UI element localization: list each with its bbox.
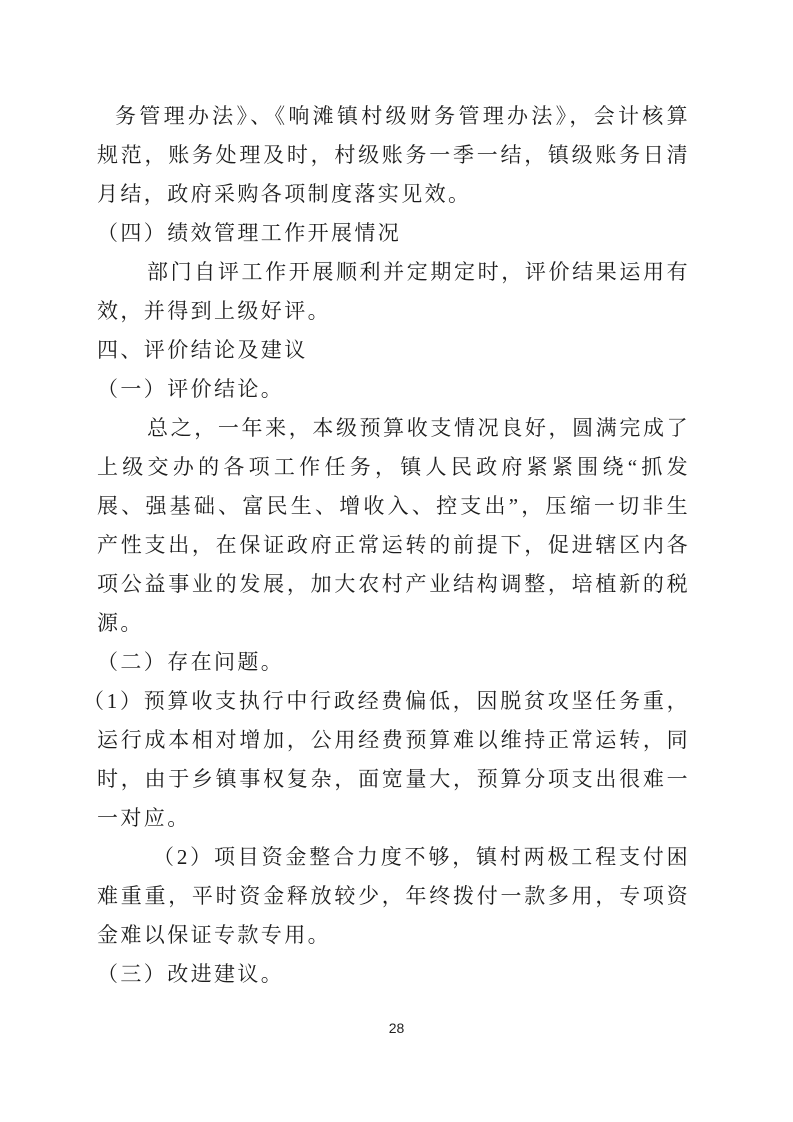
heading-existing-problems: （二）存在问题。 (97, 643, 690, 682)
page-number: 28 (0, 1020, 793, 1036)
heading-performance-management: （四）绩效管理工作开展情况 (97, 214, 690, 253)
paragraph-continuation: 务管理办法》、《响滩镇村级财务管理办法》，会计核算规范，账务处理及时，村级账务一… (97, 97, 690, 214)
paragraph-overall-conclusion: 总之，一年来，本级预算收支情况良好，圆满完成了上级交办的各项工作任务，镇人民政府… (97, 409, 690, 643)
document-body: 务管理办法》、《响滩镇村级财务管理办法》，会计核算规范，账务处理及时，村级账务一… (97, 97, 690, 994)
document-page: 务管理办法》、《响滩镇村级财务管理办法》，会计核算规范，账务处理及时，村级账务一… (0, 0, 793, 1122)
paragraph-problem-2: （2）项目资金整合力度不够，镇村两极工程支付困难重重，平时资金释放较少，年终拨付… (97, 838, 690, 955)
heading-improvement-suggestions: （三）改进建议。 (97, 955, 690, 994)
heading-evaluation-conclusion: （一）评价结论。 (97, 370, 690, 409)
paragraph-problem-1: （1）预算收支执行中行政经费偏低，因脱贫攻坚任务重，运行成本相对增加，公用经费预… (97, 682, 690, 838)
paragraph-self-evaluation: 部门自评工作开展顺利并定期定时，评价结果运用有效，并得到上级好评。 (97, 253, 690, 331)
heading-conclusion-and-suggestions: 四、评价结论及建议 (97, 331, 690, 370)
